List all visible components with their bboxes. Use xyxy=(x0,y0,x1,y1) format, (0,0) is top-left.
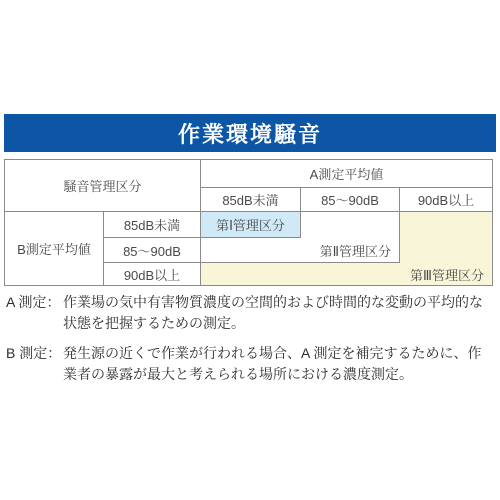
page: 作業環境騒音 騒音管理区分 A測定平均値 85dB未満 85〜90dB 90dB… xyxy=(0,0,500,500)
corner-header-cell: 騒音管理区分 xyxy=(5,160,201,212)
b-measurement-header-cell: B測定平均値 xyxy=(5,212,104,285)
note-a-measurement: A 測定： 作業場の気中有害物質濃度の空間的および時間的な変動の平均的な状態を把… xyxy=(6,292,494,334)
a-col-under85-cell: 85dB未満 xyxy=(201,188,301,212)
measurement-notes: A 測定： 作業場の気中有害物質濃度の空間的および時間的な変動の平均的な状態を把… xyxy=(6,292,494,394)
b-row-over90-cell: 90dB以上 xyxy=(104,263,201,285)
zone3-area-upper xyxy=(400,212,492,263)
b-row-85to90-cell: 85〜90dB xyxy=(104,238,201,263)
zone1-management-cell: 第Ⅰ管理区分 xyxy=(201,212,301,238)
note-b-measurement: B 測定： 発生源の近くで作業が行われる場合、A 測定を補完するために、作業者の… xyxy=(6,343,494,385)
a-col-over90-cell: 90dB以上 xyxy=(400,188,492,212)
a-col-85to90-cell: 85〜90dB xyxy=(301,188,400,212)
zone3-management-cell: 第Ⅲ管理区分 xyxy=(201,263,492,285)
note-b-label: B 測定： xyxy=(6,343,63,385)
note-a-label: A 測定： xyxy=(6,292,63,334)
note-a-text: 作業場の気中有害物質濃度の空間的および時間的な変動の平均的な状態を把握するための… xyxy=(63,292,494,334)
noise-classification-table: 騒音管理区分 A測定平均値 85dB未満 85〜90dB 90dB以上 B測定平… xyxy=(4,159,493,286)
zone2-area-upper xyxy=(301,212,400,238)
zone2-management-cell: 第Ⅱ管理区分 xyxy=(201,238,400,263)
title-banner: 作業環境騒音 xyxy=(4,114,496,152)
b-row-under85-cell: 85dB未満 xyxy=(104,212,201,238)
a-measurement-header-cell: A測定平均値 xyxy=(201,160,492,188)
page-title: 作業環境騒音 xyxy=(178,118,322,149)
note-b-text: 発生源の近くで作業が行われる場合、A 測定を補完するために、作業者の暴露が最大と… xyxy=(63,343,494,385)
